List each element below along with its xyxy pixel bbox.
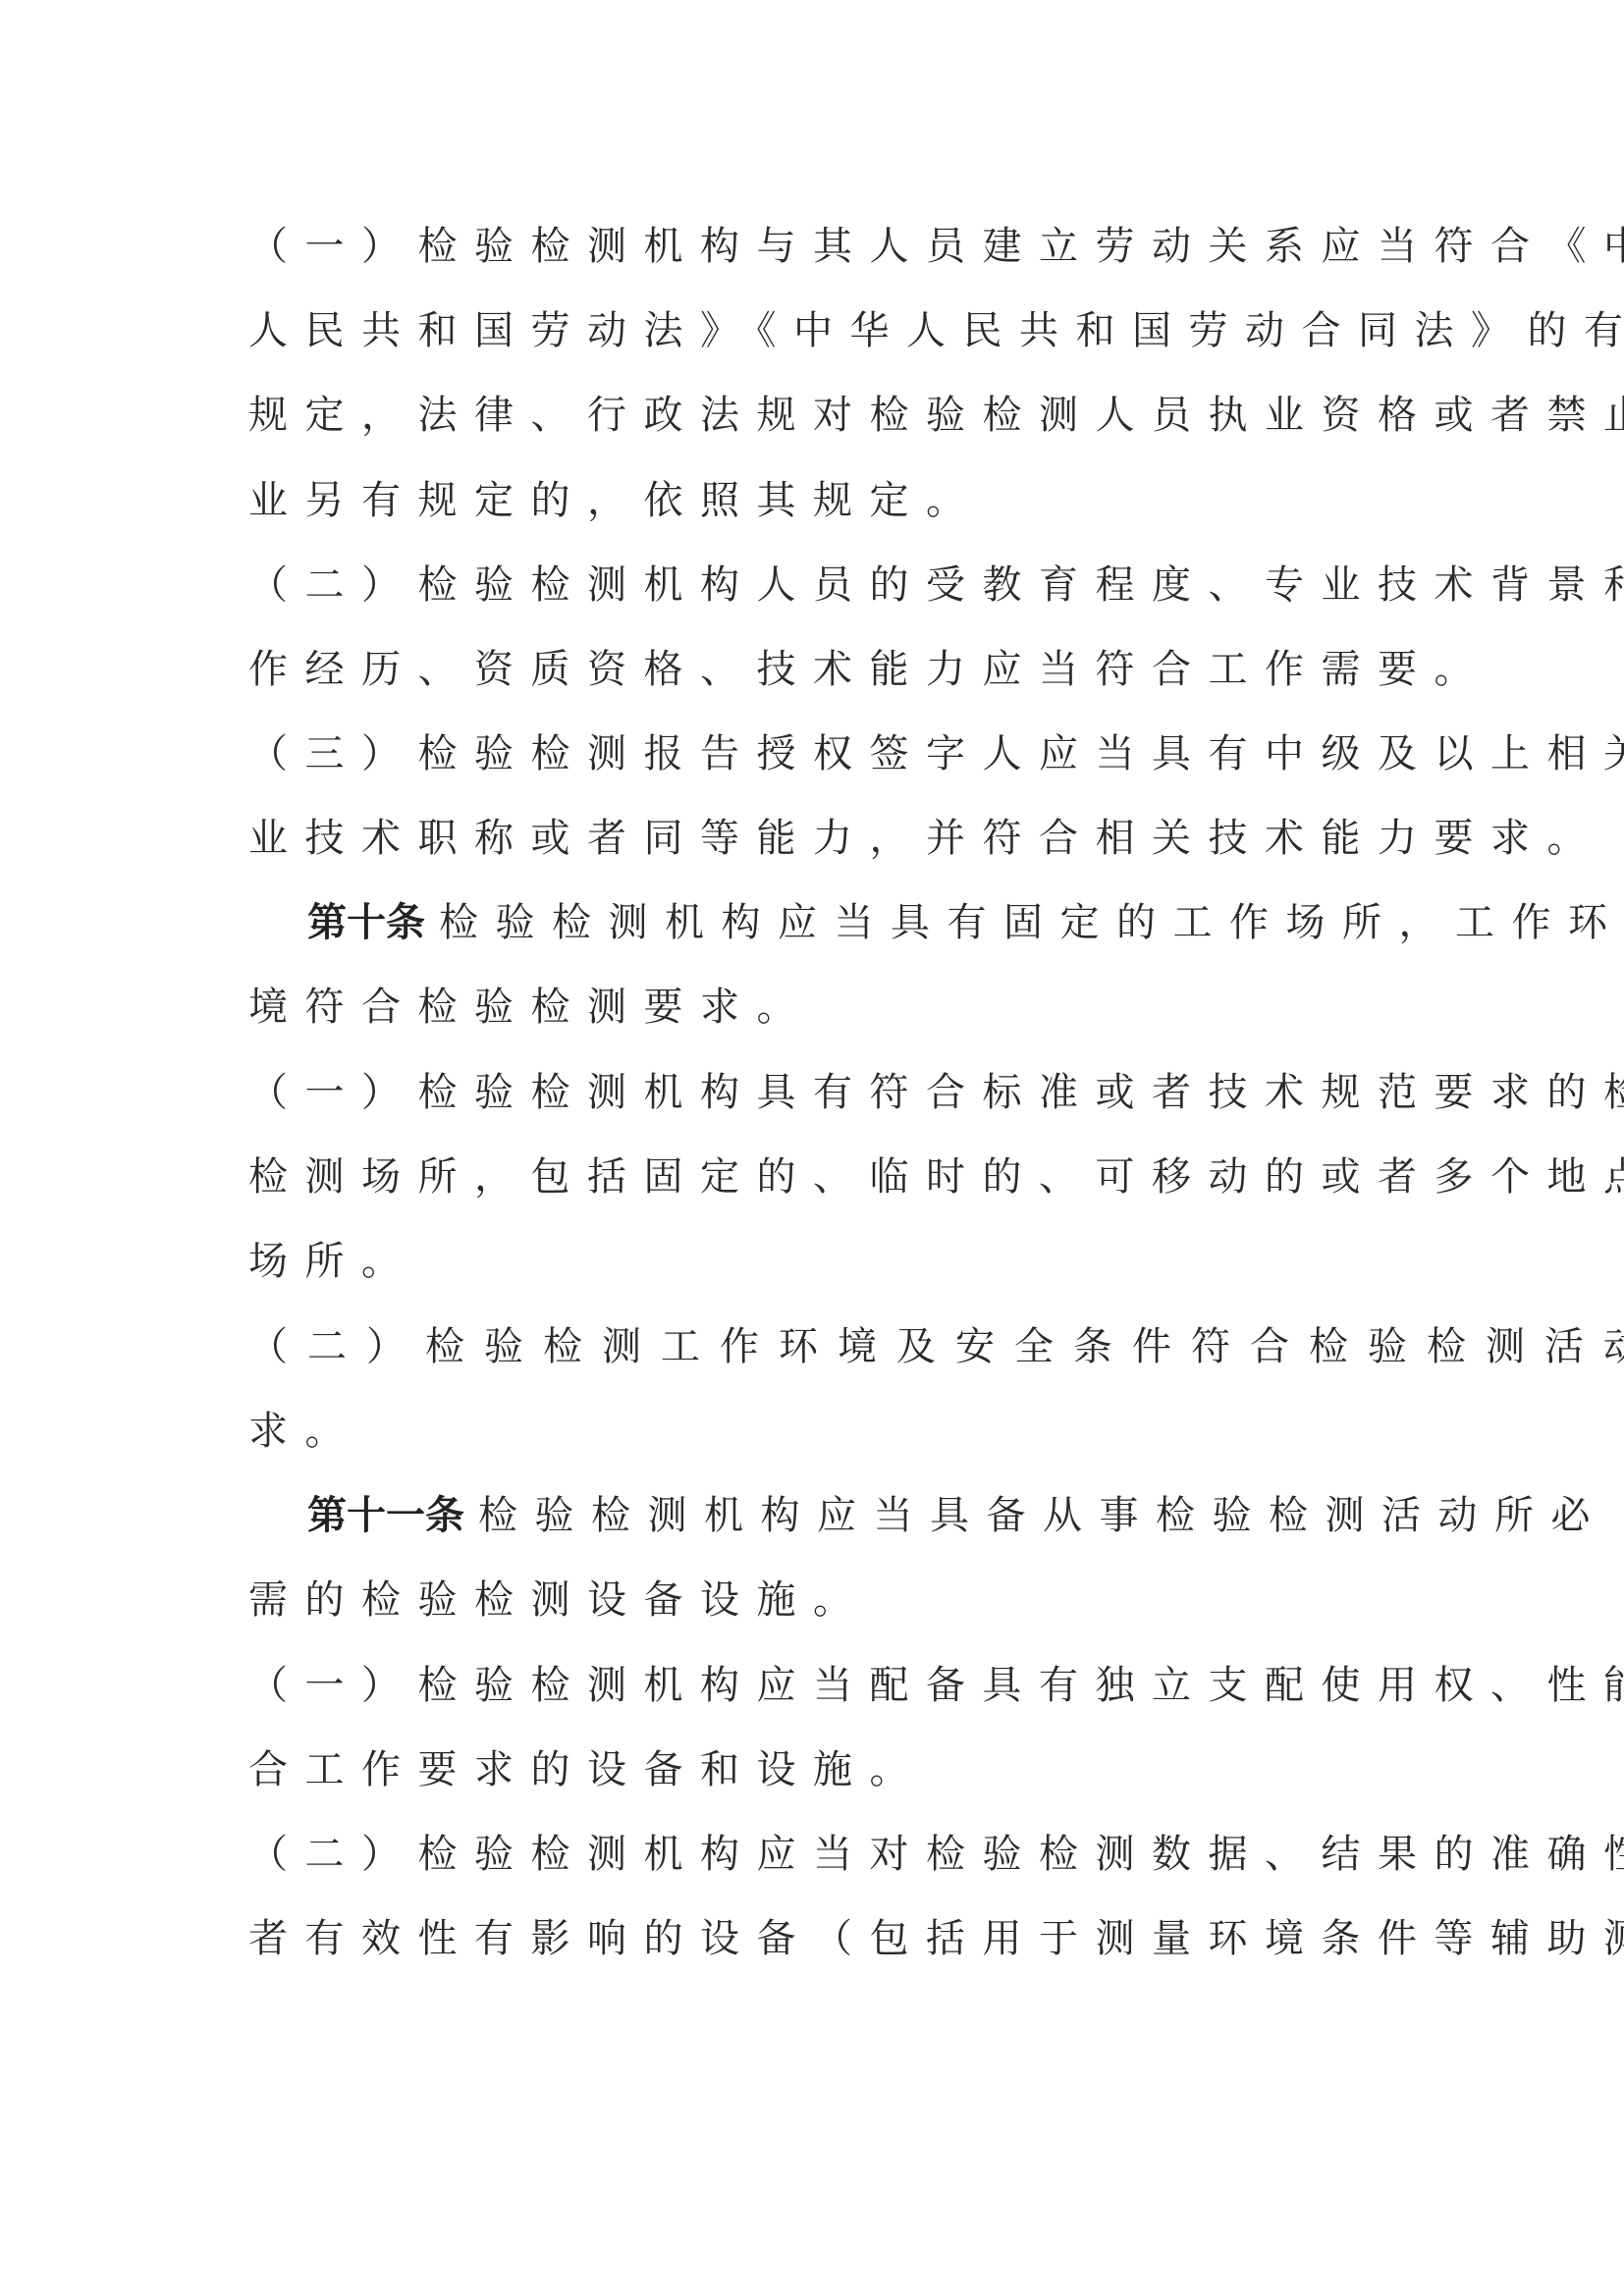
paragraph-9-1-line-3: 规定，法律、行政法规对检验检测人员执业资格或者禁止从 — [248, 386, 1407, 445]
article-10-heading: 第十条 — [307, 900, 425, 945]
paragraph-9-3-line-2: 业技术职称或者同等能力，并符合相关技术能力要求。 — [248, 809, 1407, 868]
document-page: （一）检验检测机构与其人员建立劳动关系应当符合《中华 人民共和国劳动法》《中华人… — [0, 0, 1624, 2296]
paragraph-11-1-line-1: （一）检验检测机构应当配备具有独立支配使用权、性能符 — [248, 1656, 1407, 1715]
article-10-text: 检验检测机构应当具有固定的工作场所，工作环 — [439, 900, 1624, 945]
article-11-text: 检验检测机构应当具备从事检验检测活动所必 — [478, 1493, 1607, 1538]
paragraph-11-1-line-2: 合工作要求的设备和设施。 — [248, 1740, 1407, 1799]
paragraph-10-2-line-2: 求。 — [248, 1402, 1407, 1461]
paragraph-9-1-line-1: （一）检验检测机构与其人员建立劳动关系应当符合《中华 — [248, 217, 1407, 276]
paragraph-9-2-line-1: （二）检验检测机构人员的受教育程度、专业技术背景和工 — [248, 556, 1407, 614]
article-10-line-2: 境符合检验检测要求。 — [248, 978, 1407, 1037]
paragraph-11-2-line-1: （二）检验检测机构应当对检验检测数据、结果的准确性或 — [248, 1825, 1407, 1884]
paragraph-9-2-line-2: 作经历、资质资格、技术能力应当符合工作需要。 — [248, 640, 1407, 699]
paragraph-10-2-line-1: （二）检验检测工作环境及安全条件符合检验检测活动要 — [248, 1317, 1407, 1376]
article-11-heading: 第十一条 — [307, 1493, 464, 1538]
paragraph-10-1-line-3: 场所。 — [248, 1232, 1407, 1291]
paragraph-11-2-line-2: 者有效性有影响的设备（包括用于测量环境条件等辅助测量 — [248, 1909, 1407, 1968]
paragraph-9-1-line-2: 人民共和国劳动法》《中华人民共和国劳动合同法》的有关 — [248, 301, 1407, 360]
article-11-line-1: 第十一条检验检测机构应当具备从事检验检测活动所必 — [307, 1486, 1407, 1545]
article-11-line-2: 需的检验检测设备设施。 — [248, 1571, 1407, 1629]
paragraph-10-1-line-2: 检测场所，包括固定的、临时的、可移动的或者多个地点的 — [248, 1148, 1407, 1206]
paragraph-9-1-line-4: 业另有规定的，依照其规定。 — [248, 471, 1407, 530]
article-10-line-1: 第十条检验检测机构应当具有固定的工作场所，工作环 — [307, 893, 1407, 952]
paragraph-10-1-line-1: （一）检验检测机构具有符合标准或者技术规范要求的检验 — [248, 1063, 1407, 1122]
paragraph-9-3-line-1: （三）检验检测报告授权签字人应当具有中级及以上相关专 — [248, 724, 1407, 783]
